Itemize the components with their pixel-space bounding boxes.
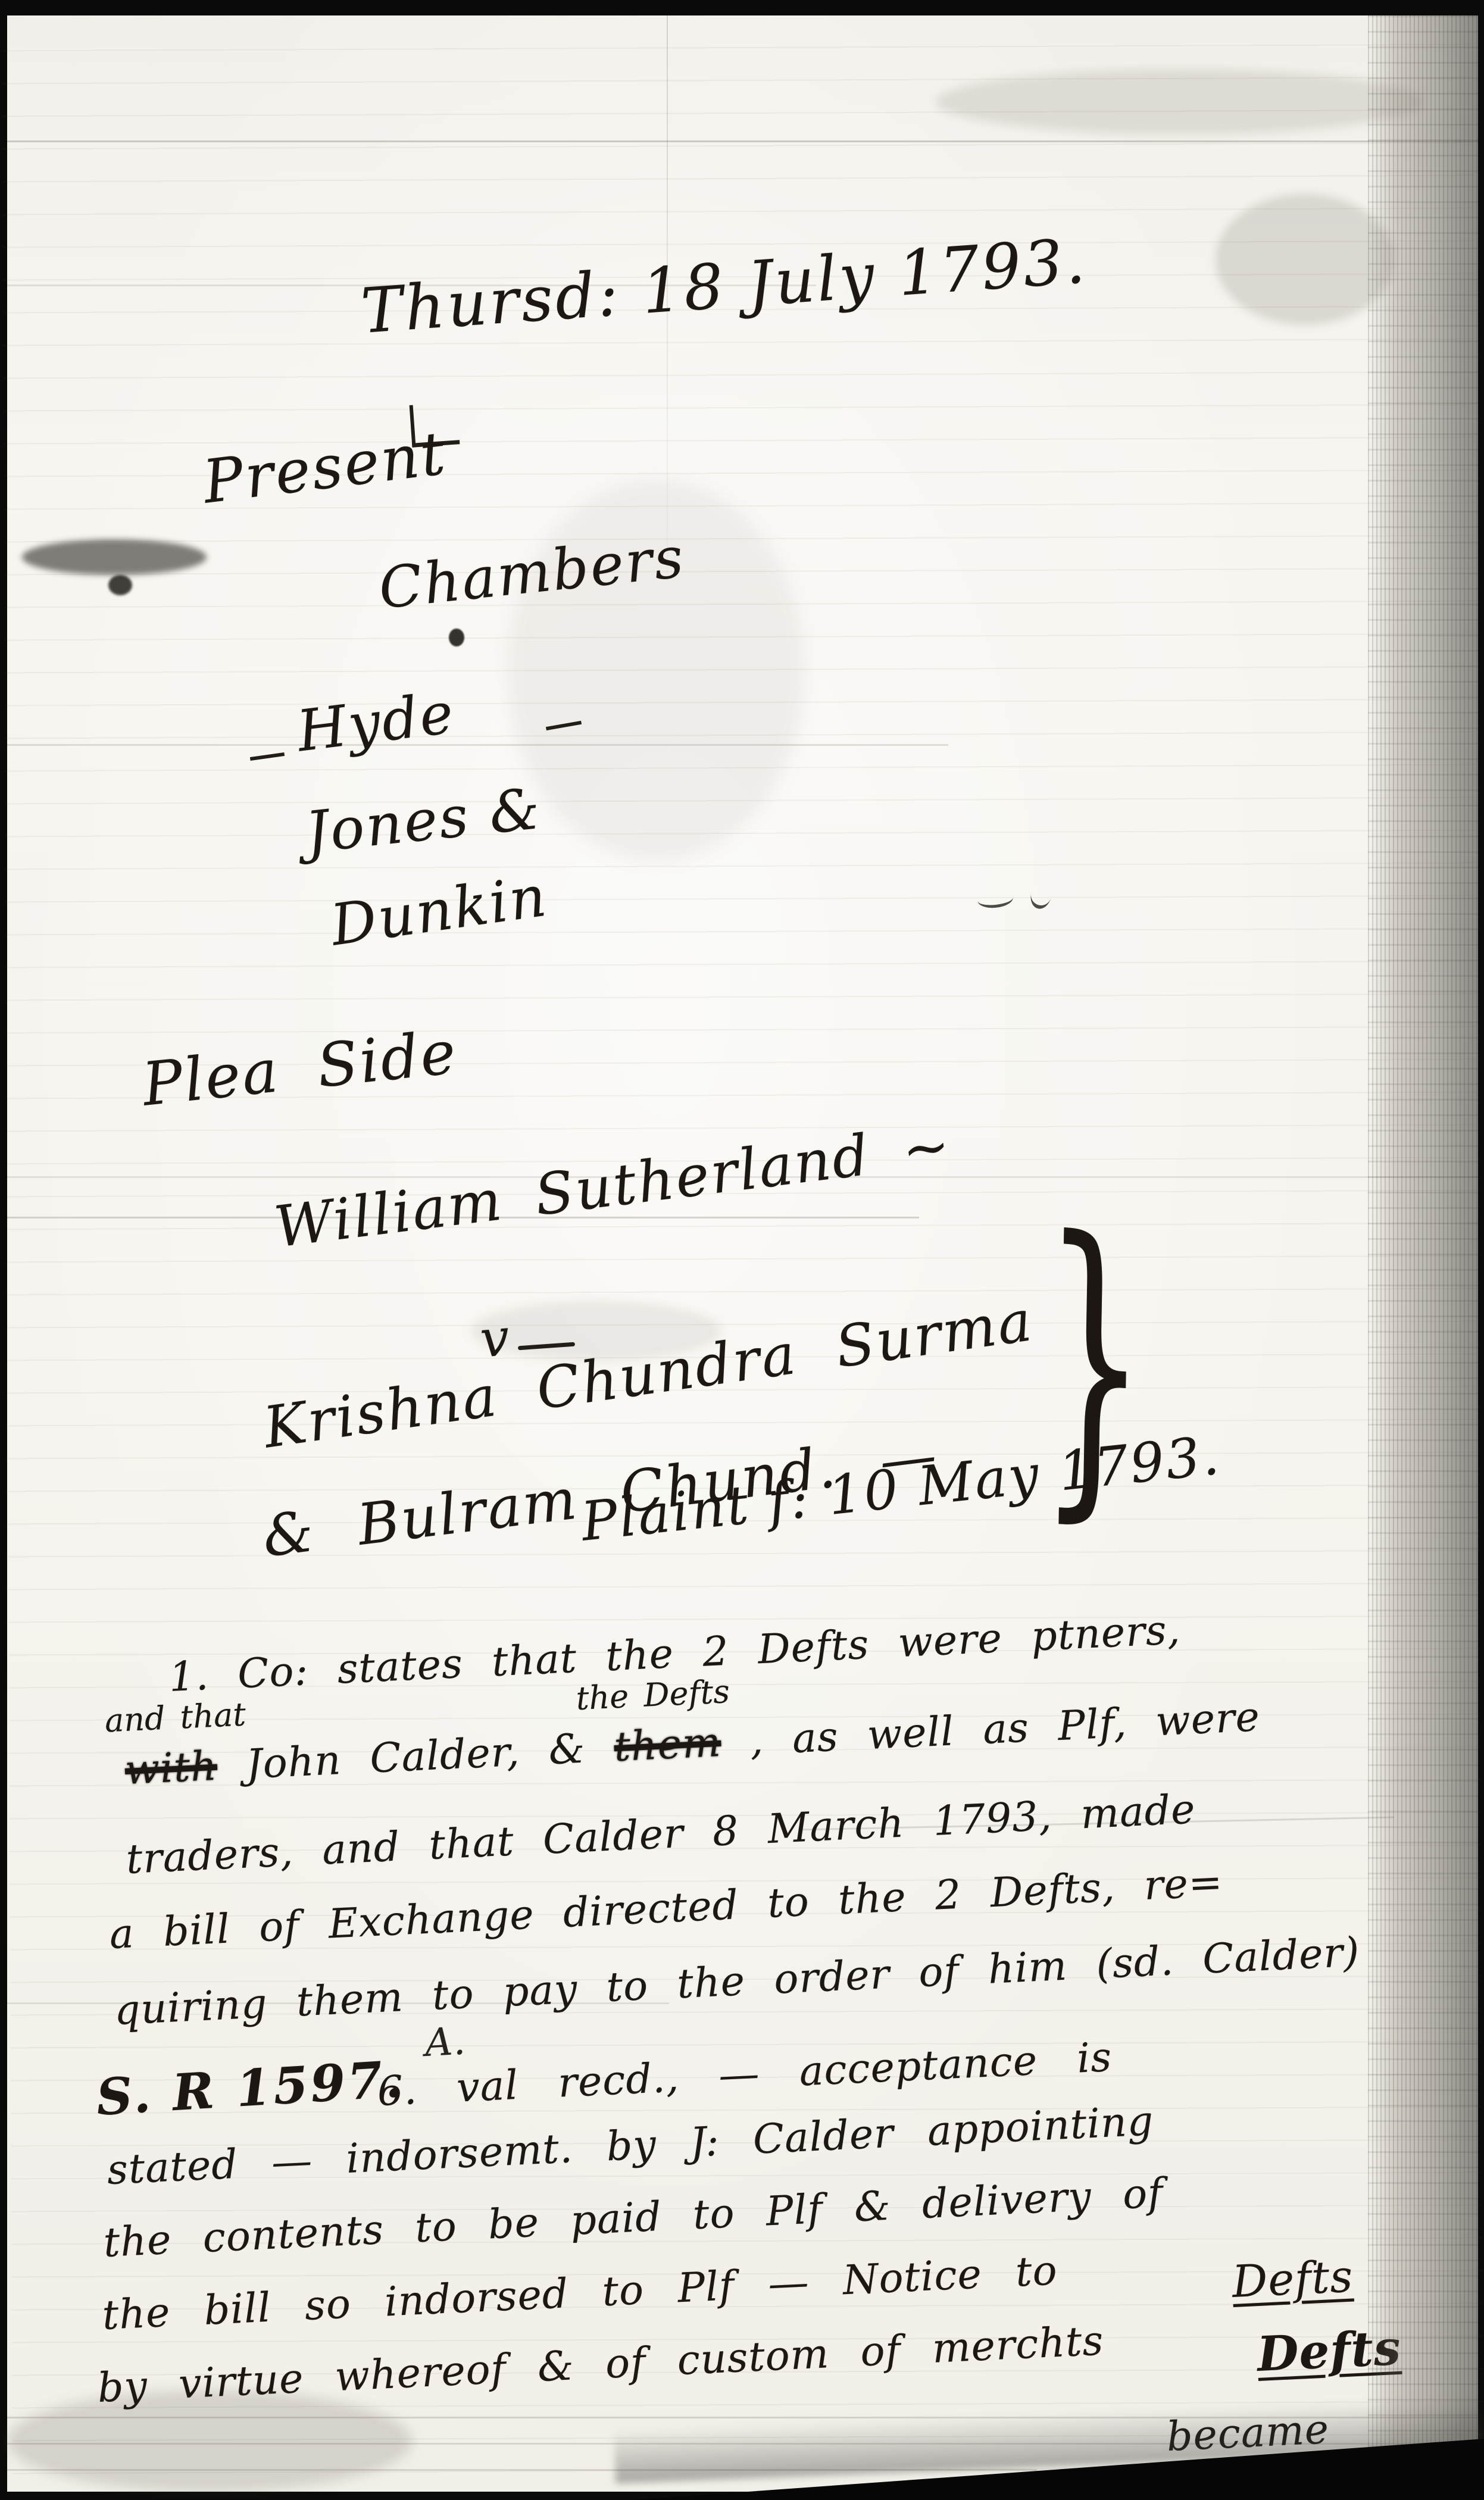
body-line-9-term: Defts — [1231, 2252, 1354, 2307]
binding-gutter — [1368, 15, 1478, 2492]
scanned-manuscript-screenshot: { "header": { "date_line": "Thursd: 18 J… — [0, 0, 1484, 2500]
versus-mark: v — [478, 1310, 514, 1368]
interlined-and-that: and that — [104, 1696, 247, 1738]
struck-word-them-text: them — [613, 1719, 722, 1771]
ink-stain — [449, 629, 464, 646]
manuscript-page: Thursd: 18 July 1793. Present Chambers H… — [7, 15, 1478, 2492]
interlined-the-defts: the Defts — [575, 1674, 730, 1716]
smudge — [936, 69, 1424, 135]
ruled-line — [7, 744, 948, 746]
ink-stain — [22, 539, 207, 575]
ink-stain — [108, 575, 132, 595]
struck-word-with-text: with — [124, 1743, 218, 1794]
interlined-insertion-A: A. — [424, 2020, 467, 2064]
ruled-line — [7, 140, 1478, 142]
smudge — [1216, 194, 1394, 325]
struck-word-them: them the Defts — [613, 1721, 722, 1770]
struck-word-with: with and that — [124, 1745, 218, 1793]
